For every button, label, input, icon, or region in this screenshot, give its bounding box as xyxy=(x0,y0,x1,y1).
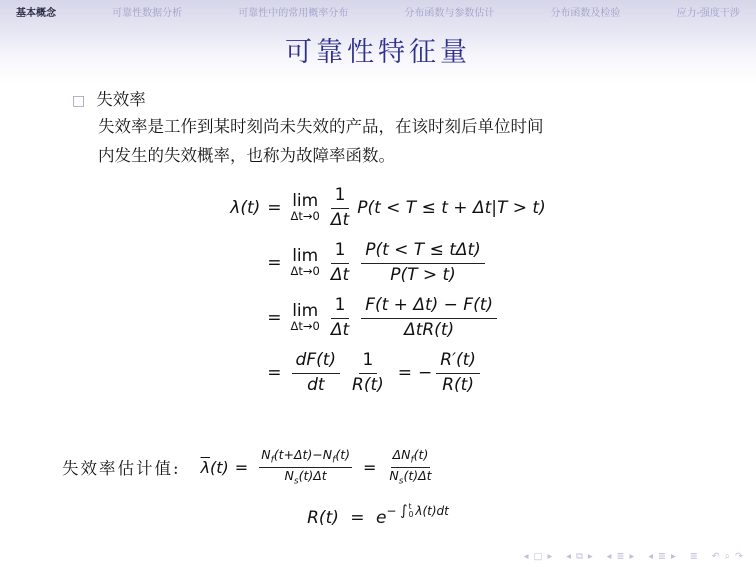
nav-common-probability-distributions[interactable]: 可靠性中的常用概率分布 xyxy=(238,4,348,19)
fraction-Rprime-over-R: R′(t)R(t) xyxy=(436,351,480,395)
beamer-slide: 基本概念 可靠性数据分析 可靠性中的常用概率分布 分布函数与参数估计 分布函数及… xyxy=(0,0,756,567)
square-bullet-icon: □ xyxy=(72,93,85,109)
nav-reliability-data-analysis[interactable]: 可靠性数据分析 xyxy=(112,4,182,19)
lambda-bar-args: (t) xyxy=(210,458,229,477)
subsection-nav-icon[interactable]: ◂ ≣ ▸ xyxy=(607,551,636,562)
nav-distribution-parameter-estimation[interactable]: 分布函数与参数估计 xyxy=(404,4,494,19)
slide-nav-icon[interactable]: ◂ □ ▸ xyxy=(524,551,554,562)
bullet-body-line1: 失效率是工作到某时刻尚未失效的产品，在该时刻后单位时间 xyxy=(98,113,712,142)
fraction-1-over-dt: 1Δt xyxy=(327,186,353,230)
integral-sign: ∫ xyxy=(400,503,407,519)
fraction-F-difference: F(t + Δt) − F(t)ΔtR(t) xyxy=(361,296,497,340)
page-title: 可靠性特征量 xyxy=(0,30,756,69)
formula-line1: = limΔt→0 1Δt P(t < T ≤ t + Δt|T > t) xyxy=(267,186,545,230)
nav-distribution-tests[interactable]: 分布函数及检验 xyxy=(550,4,620,19)
bullet-body-line2: 内发生的失效概率，也称为故障率函数。 xyxy=(98,142,712,171)
R-of-t: R(t) xyxy=(307,508,339,528)
bullet-heading: 失效率 xyxy=(96,86,146,110)
equals-sign: = xyxy=(363,458,376,477)
nav-basic-concepts[interactable]: 基本概念 xyxy=(16,4,56,19)
formula-line3: = limΔt→0 1Δt F(t + Δt) − F(t)ΔtR(t) xyxy=(267,296,545,340)
equals-sign: = xyxy=(350,508,364,528)
limit-operator: limΔt→0 xyxy=(291,248,320,278)
fraction-1-over-R: 1R(t) xyxy=(348,351,388,395)
nav-stress-strength-interference[interactable]: 应力-强度干涉 xyxy=(677,4,740,19)
fraction-dF-dt: dF(t)dt xyxy=(292,351,341,395)
estimate-label: 失效率估计值: xyxy=(62,455,181,479)
fraction-1-over-dt: 1Δt xyxy=(327,296,353,340)
equals-sign: = xyxy=(267,198,281,218)
beamer-navigation-bar: ◂ □ ▸ ◂ ⧉ ▸ ◂ ≣ ▸ ◂ ≣ ▸ ≣ ↶ ⌕ ↷ xyxy=(524,551,744,562)
failure-rate-bullet: □ 失效率 失效率是工作到某时刻尚未失效的产品，在该时刻后单位时间 内发生的失效… xyxy=(72,86,712,170)
fraction-dNf: ΔNf(t)Ns(t)Δt xyxy=(387,448,433,487)
conditional-probability-term: P(t < T ≤ t + Δt|T > t) xyxy=(357,198,546,218)
fraction-prob-ratio: P(t < T ≤ tΔt)P(T > t) xyxy=(361,241,485,285)
lambda-bar: λ xyxy=(201,458,210,477)
fraction-1-over-dt: 1Δt xyxy=(327,241,353,285)
equals-sign: = xyxy=(235,458,248,477)
formula-line2: = limΔt→0 1Δt P(t < T ≤ tΔt)P(T > t) xyxy=(267,241,545,285)
section-nav-icon[interactable]: ◂ ≣ ▸ xyxy=(648,551,677,562)
formula-line4: = dF(t)dt 1R(t) = − R′(t)R(t) xyxy=(267,351,545,395)
appendix-nav-icon[interactable]: ≣ xyxy=(690,551,699,562)
failure-rate-estimate: 失效率估计值: λ(t) = Nf(t+Δt)−Nf(t)Ns(t)Δt = Δ… xyxy=(62,448,439,487)
equals-sign: = xyxy=(267,363,281,383)
equals-sign: = xyxy=(267,253,281,273)
top-section-nav: 基本概念 可靠性数据分析 可靠性中的常用概率分布 分布函数与参数估计 分布函数及… xyxy=(0,4,756,19)
euler-e: e xyxy=(376,508,386,528)
reliability-function-formula: R(t) = e− ∫t0λ(t)dt xyxy=(0,508,756,528)
equals-sign: = xyxy=(267,308,281,328)
limit-operator: limΔt→0 xyxy=(291,193,320,223)
equals-sign: = xyxy=(398,363,412,383)
frame-nav-icon[interactable]: ◂ ⧉ ▸ xyxy=(566,551,593,562)
back-search-forward-icons[interactable]: ↶ ⌕ ↷ xyxy=(712,551,744,562)
minus-sign: − xyxy=(418,363,432,383)
exponent: − ∫t0λ(t)dt xyxy=(386,504,448,518)
formula-lhs-lambda: λ(t) xyxy=(230,198,267,218)
estimate-formula: λ(t) = Nf(t+Δt)−Nf(t)Ns(t)Δt = ΔNf(t)Ns(… xyxy=(201,448,439,487)
fraction-Nf-difference: Nf(t+Δt)−Nf(t)Ns(t)Δt xyxy=(259,448,352,487)
lambda-derivation: λ(t) = limΔt→0 1Δt P(t < T ≤ t + Δt|T > … xyxy=(10,186,756,395)
limit-operator: limΔt→0 xyxy=(291,303,320,333)
